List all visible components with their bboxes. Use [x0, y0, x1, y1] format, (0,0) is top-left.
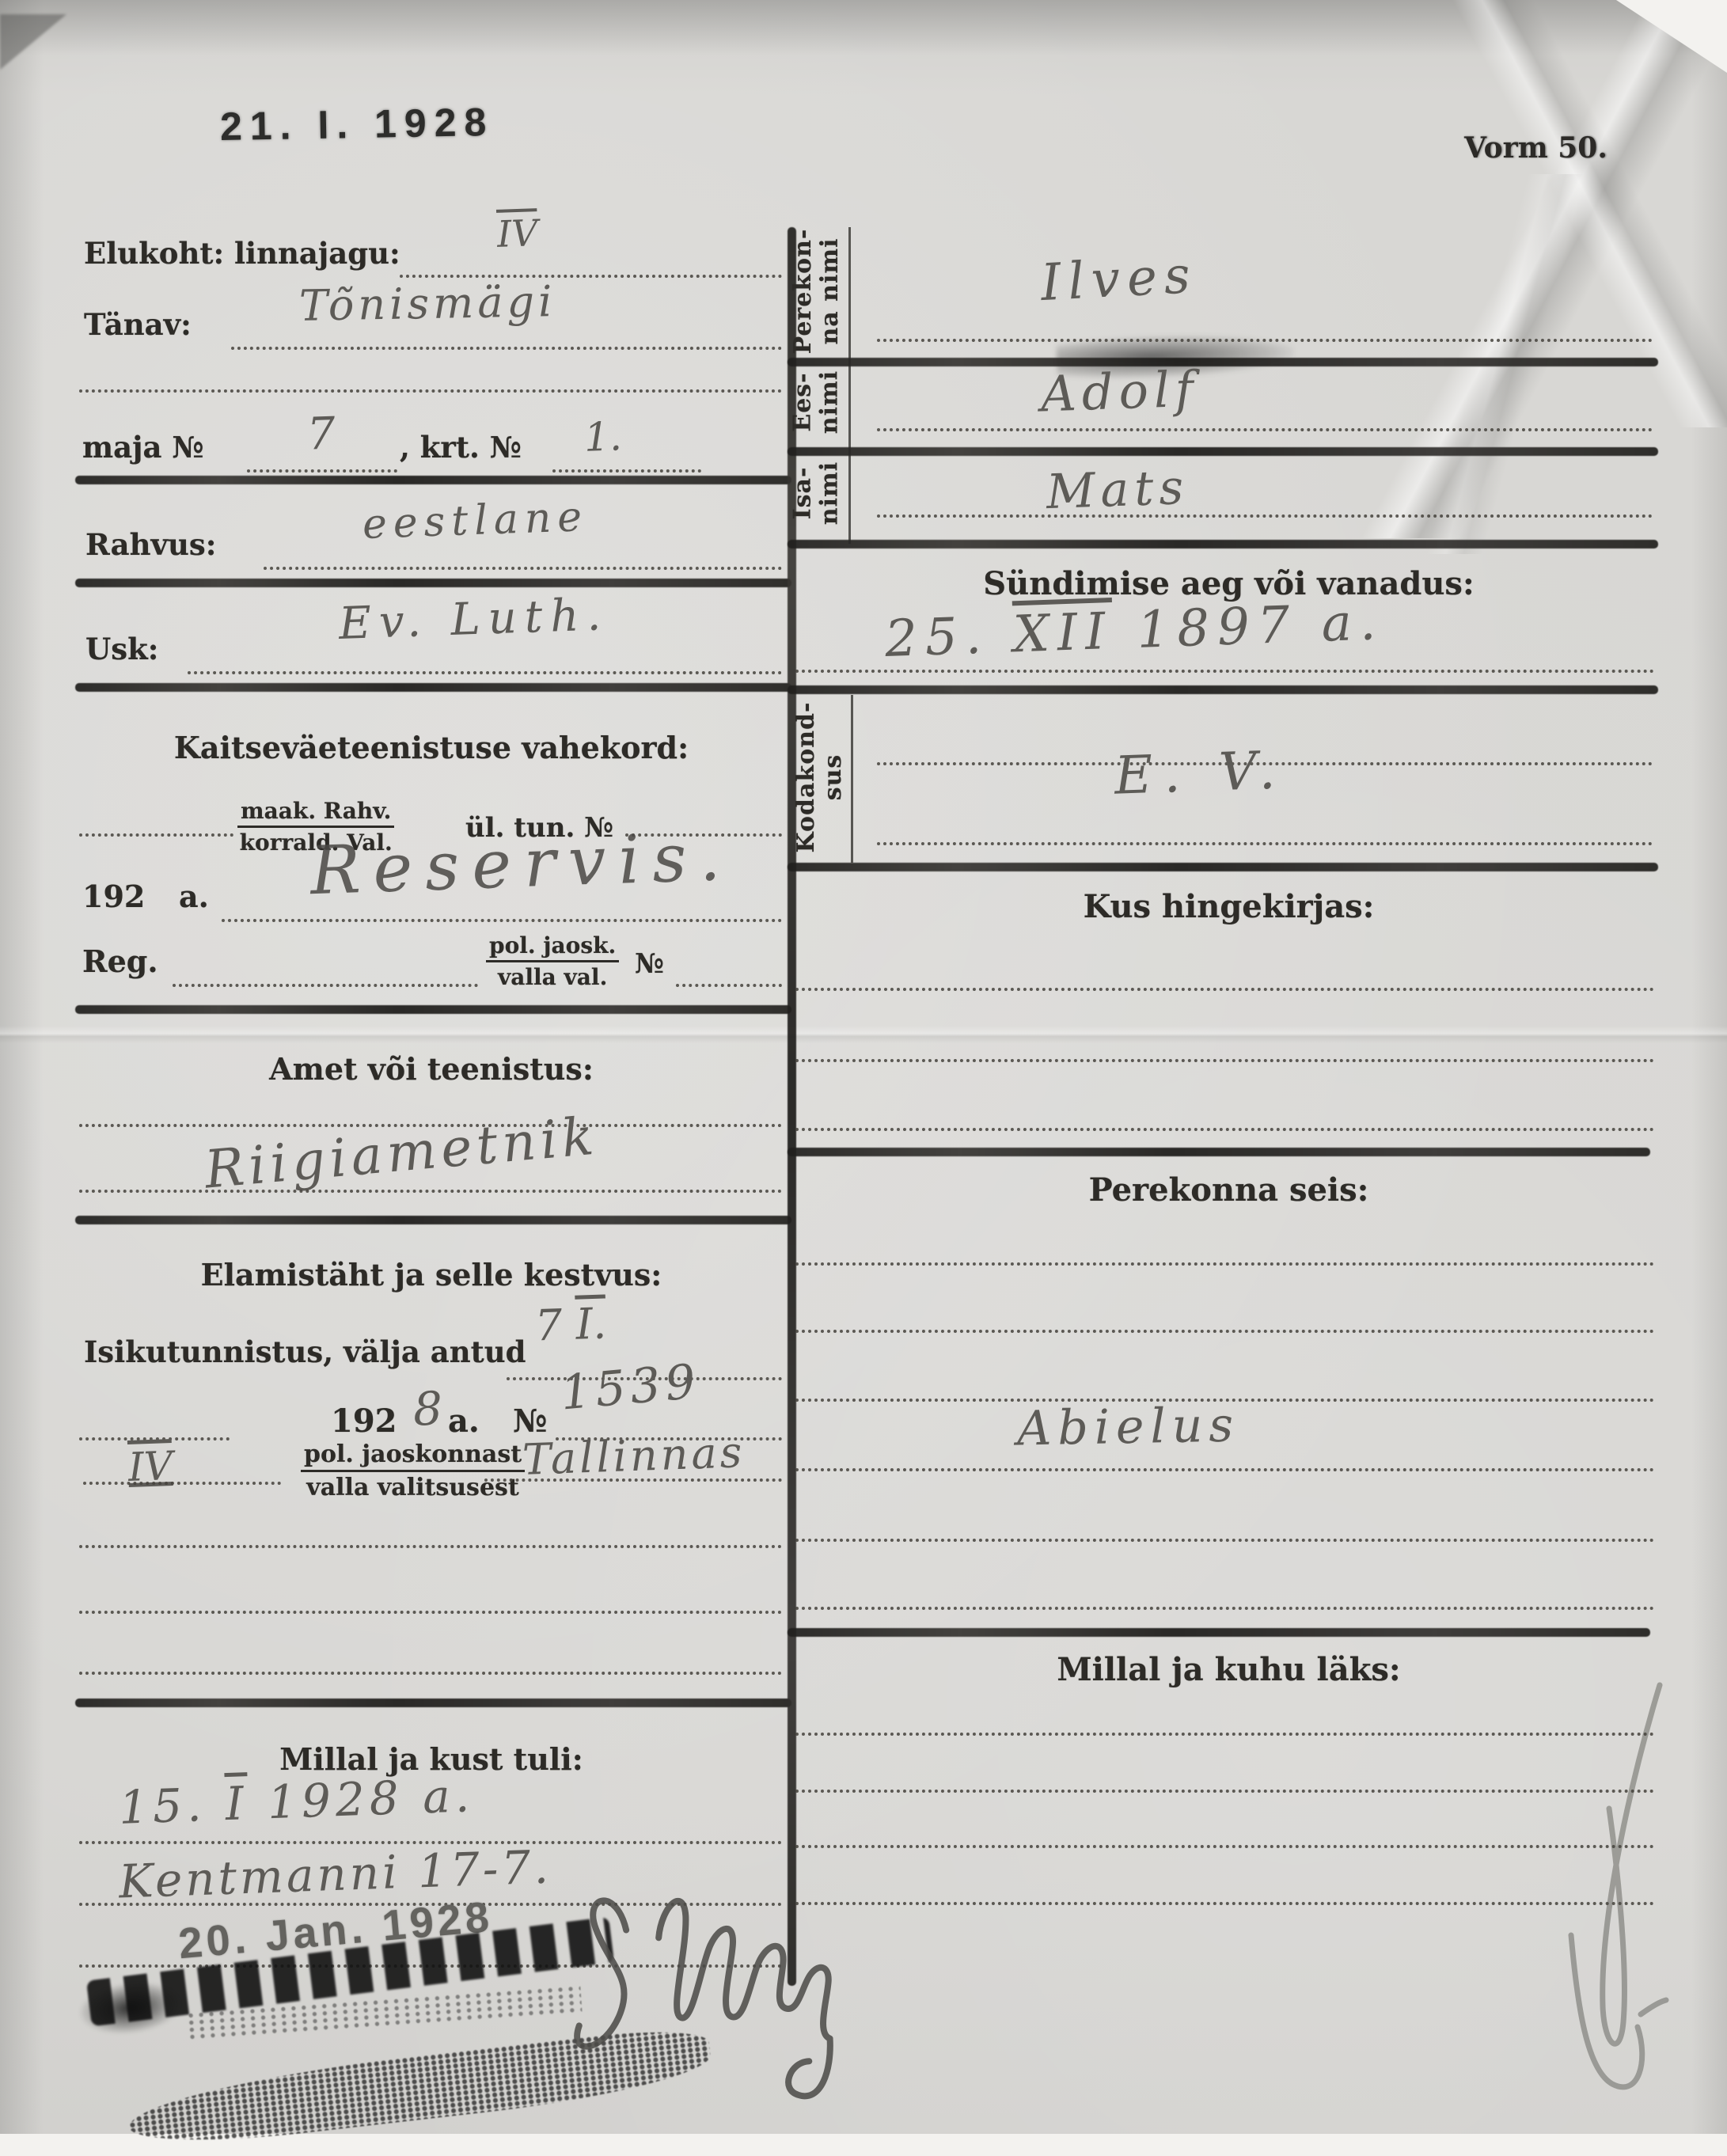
- section-divider: [75, 1699, 791, 1707]
- occupation-value: Riigiametnik: [203, 1105, 601, 1200]
- pol-jaosk-label: pol. jaosk.: [486, 932, 619, 962]
- section-divider: [788, 1628, 1650, 1637]
- crease-middle: [0, 1026, 1727, 1043]
- dotted-line: [795, 1468, 1654, 1471]
- dotted-line: [795, 1262, 1654, 1266]
- dotted-line: [79, 1672, 782, 1675]
- street-label: Tänav:: [84, 307, 192, 342]
- cert-year-label: 192: [331, 1403, 397, 1440]
- street-value: Tõnismägi: [298, 276, 556, 331]
- dotted-line: [79, 1545, 782, 1548]
- cert-a-label: a.: [448, 1403, 480, 1440]
- section-divider: [788, 447, 1658, 456]
- issued-day: 7: [534, 1300, 564, 1350]
- ink-blob: [77, 1976, 185, 2039]
- fold-top-left: [0, 14, 66, 70]
- surname-label-line1: Perekon-: [790, 224, 817, 359]
- first-name-label-line1: Ees-: [790, 358, 817, 447]
- birth-day: 25.: [884, 606, 990, 669]
- citizenship-label-line1: Kodakond-: [793, 690, 820, 864]
- citizenship-value: E. V.: [1114, 739, 1288, 807]
- dotted-line: [795, 670, 1654, 673]
- dotted-line: [795, 1607, 1654, 1610]
- religion-value: Ev. Luth.: [338, 589, 609, 650]
- dotted-line: [877, 428, 1653, 431]
- occupation-heading: Amet või teenistus:: [79, 1051, 784, 1087]
- dotted-line: [247, 469, 397, 473]
- dotted-line: [795, 1059, 1654, 1062]
- house-no-value: 7: [306, 408, 336, 460]
- first-name-label-line2: nimi: [817, 358, 844, 447]
- corner-notch: [1616, 0, 1727, 73]
- dotted-line: [552, 469, 701, 473]
- received-date-stamp: 21. I. 1928: [220, 99, 495, 150]
- dotted-line: [79, 1190, 782, 1193]
- citizenship-label-line2: sus: [820, 690, 847, 864]
- year-a-label: a.: [179, 879, 209, 914]
- surname-value: Ilves: [1039, 246, 1198, 313]
- dotted-line: [79, 833, 233, 837]
- identity-card-label: Isikutunnistus, välja antud: [84, 1334, 526, 1369]
- father-name-label: Isa- nimi: [784, 447, 850, 540]
- apartment-no-label: , krt. №: [400, 430, 522, 465]
- issued-date-value: 7 I.: [534, 1298, 607, 1350]
- issuing-precinct-fraction: pol. jaoskonnast valla valitsusest: [301, 1440, 525, 1501]
- dotted-line: [795, 988, 1654, 991]
- departure-heading: Millal ja kuhu läks:: [799, 1651, 1658, 1688]
- birth-date-heading: Sündimise aeg või vanadus:: [799, 565, 1658, 602]
- arrival-month: I: [225, 1776, 249, 1831]
- dotted-line: [79, 1611, 782, 1614]
- arrival-day: 15.: [118, 1778, 207, 1835]
- police-precinct-fraction: pol. jaosk. valla val.: [486, 932, 619, 990]
- dotted-line: [795, 1902, 1654, 1905]
- dotted-line: [795, 1330, 1654, 1333]
- father-name-value: Mats: [1046, 460, 1190, 520]
- dotted-line: [795, 1733, 1654, 1736]
- paper-sheet: 21. I. 1928 Vorm 50. Elukoht: linnajagu:…: [0, 0, 1727, 2134]
- father-name-label-line1: Isa-: [790, 447, 817, 540]
- dotted-line: [83, 1482, 281, 1485]
- section-divider: [788, 1148, 1650, 1156]
- house-no-label: maja №: [82, 430, 204, 465]
- maak-rahv-label: maak. Rahv.: [237, 798, 394, 828]
- dotted-line: [79, 389, 782, 393]
- first-name-value: Adolf: [1040, 360, 1200, 423]
- issuing-place-value: Tallinnas: [522, 1427, 746, 1485]
- birth-month: XII: [1012, 602, 1114, 664]
- dotted-line: [795, 1128, 1654, 1131]
- religion-label: Usk:: [85, 632, 158, 666]
- military-service-heading: Kaitseväeteenistuse vahekord:: [79, 730, 784, 765]
- nationality-value: eestlane: [362, 493, 589, 548]
- dotted-line: [79, 1437, 230, 1440]
- section-divider: [788, 685, 1658, 694]
- arrival-date-value: 15. I 1928 a.: [118, 1768, 475, 1835]
- issued-month: I.: [575, 1298, 607, 1349]
- nationality-label: Rahvus:: [85, 527, 216, 562]
- section-divider: [75, 476, 791, 484]
- first-name-label: Ees- nimi: [784, 358, 850, 447]
- section-divider: [75, 579, 791, 587]
- residence-district-label: Elukoht: linnajagu:: [84, 236, 400, 271]
- scanned-registration-form: 21. I. 1928 Vorm 50. Elukoht: linnajagu:…: [0, 0, 1727, 2156]
- dotted-line: [795, 1539, 1654, 1542]
- clerk-signature: [543, 1843, 890, 2123]
- dotted-line: [795, 1845, 1654, 1848]
- cert-year-digit: 8: [412, 1381, 443, 1436]
- form-number: Vorm 50.: [1464, 131, 1607, 165]
- valla-val-label: valla val.: [486, 962, 619, 990]
- dotted-line: [188, 671, 782, 674]
- section-divider: [75, 683, 791, 692]
- marital-status-heading: Perekonna seis:: [799, 1171, 1658, 1209]
- apartment-no-value: 1.: [583, 413, 623, 461]
- dotted-line: [877, 842, 1653, 845]
- dotted-line: [264, 567, 782, 570]
- no-sign-label: №: [635, 948, 664, 980]
- dotted-line: [231, 347, 782, 350]
- year-192-label: 192: [82, 879, 145, 914]
- valla-valitsusest-label: valla valitsusest: [301, 1472, 525, 1501]
- residence-permit-heading: Elamistäht ja selle kestvus:: [79, 1257, 784, 1292]
- dotted-line: [877, 339, 1653, 342]
- cert-no-value: 1539: [558, 1353, 702, 1421]
- speckle-trail: [185, 1985, 582, 2041]
- military-status-value: Reservis.: [309, 818, 734, 910]
- arrival-year: 1928 a.: [267, 1768, 475, 1829]
- dotted-line: [795, 1790, 1654, 1793]
- dotted-line: [676, 984, 782, 987]
- pencil-doodle: [1452, 1674, 1690, 2101]
- citizenship-label: Kodakond- sus: [785, 690, 855, 864]
- section-divider: [788, 358, 1658, 366]
- surname-label-line2: na nimi: [817, 224, 844, 359]
- parish-register-heading: Kus hingekirjas:: [799, 888, 1658, 925]
- reg-label: Reg.: [82, 943, 158, 979]
- section-divider: [788, 863, 1658, 871]
- marital-status-value: Abielus: [1016, 1398, 1239, 1457]
- dotted-line: [877, 514, 1653, 518]
- crease-top-right-1: [1235, 0, 1727, 538]
- dotted-line: [222, 919, 782, 922]
- surname-label: Perekon- na nimi: [784, 224, 850, 359]
- father-name-label-line2: nimi: [817, 447, 844, 540]
- birth-date-value: 25. XII 1897 a.: [884, 593, 1385, 669]
- district-value: IV: [496, 211, 538, 256]
- dotted-line: [484, 1478, 782, 1482]
- birth-year: 1897 a.: [1136, 593, 1384, 660]
- pol-jaoskonnast-label: pol. jaoskonnast: [301, 1440, 525, 1472]
- dotted-line: [173, 984, 478, 987]
- section-divider: [788, 540, 1658, 548]
- section-divider: [75, 1005, 791, 1014]
- section-divider: [75, 1216, 791, 1224]
